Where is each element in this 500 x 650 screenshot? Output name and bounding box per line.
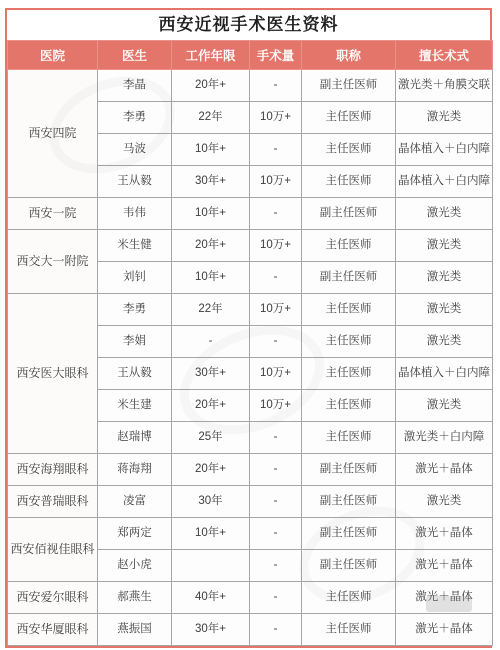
rank-cell: 副主任医师 bbox=[302, 454, 396, 486]
rank-cell: 副主任医师 bbox=[302, 550, 396, 582]
years-cell: 30年+ bbox=[172, 166, 250, 198]
specialty-cell: 激光＋晶体 bbox=[396, 550, 493, 582]
years-cell: 40年+ bbox=[172, 582, 250, 614]
specialty-cell: 激光＋晶体 bbox=[396, 582, 493, 614]
specialty-cell: 晶体植入＋白内障 bbox=[396, 166, 493, 198]
years-cell bbox=[172, 550, 250, 582]
years-cell: 20年+ bbox=[172, 454, 250, 486]
specialty-cell: 激光类 bbox=[396, 198, 493, 230]
years-cell: 30年+ bbox=[172, 614, 250, 646]
doctor-cell: 米生建 bbox=[98, 390, 172, 422]
rank-cell: 副主任医师 bbox=[302, 518, 396, 550]
col-header-doctor: 医生 bbox=[98, 41, 172, 70]
hospital-cell: 西安一院 bbox=[8, 198, 98, 230]
hospital-cell: 西安四院 bbox=[8, 70, 98, 198]
years-cell: 22年 bbox=[172, 102, 250, 134]
doctor-cell: 韦伟 bbox=[98, 198, 172, 230]
rank-cell: 副主任医师 bbox=[302, 262, 396, 294]
rank-cell: 主任医师 bbox=[302, 166, 396, 198]
table-row: 西安医大眼科李勇22年10万+主任医师激光类 bbox=[8, 294, 493, 326]
volume-cell: - bbox=[250, 518, 302, 550]
years-cell: 30年+ bbox=[172, 358, 250, 390]
doctor-cell: 刘钊 bbox=[98, 262, 172, 294]
doctor-cell: 米生健 bbox=[98, 230, 172, 262]
years-cell: 30年 bbox=[172, 486, 250, 518]
hospital-cell: 西安佰视佳眼科 bbox=[8, 518, 98, 582]
doctor-cell: 郝燕生 bbox=[98, 582, 172, 614]
table-row: 西安华厦眼科燕振国30年+-主任医师激光＋晶体 bbox=[8, 614, 493, 646]
doctor-cell: 王从毅 bbox=[98, 358, 172, 390]
doctor-cell: 李勇 bbox=[98, 294, 172, 326]
doctor-cell: 王从毅 bbox=[98, 166, 172, 198]
doctor-cell: 马波 bbox=[98, 134, 172, 166]
hospital-cell: 西安医大眼科 bbox=[8, 294, 98, 454]
rank-cell: 主任医师 bbox=[302, 358, 396, 390]
doctor-table-body: 西安四院李晶20年+-副主任医师激光类＋角膜交联李勇22年10万+主任医师激光类… bbox=[8, 70, 493, 646]
table-row: 西安爱尔眼科郝燕生40年+-主任医师激光＋晶体 bbox=[8, 582, 493, 614]
rank-cell: 副主任医师 bbox=[302, 198, 396, 230]
table-row: 西安普瑞眼科凌富30年-副主任医师激光类 bbox=[8, 486, 493, 518]
doctor-cell: 李娟 bbox=[98, 326, 172, 358]
rank-cell: 主任医师 bbox=[302, 294, 396, 326]
doctor-cell: 李勇 bbox=[98, 102, 172, 134]
specialty-cell: 激光类 bbox=[396, 102, 493, 134]
years-cell: 25年 bbox=[172, 422, 250, 454]
specialty-cell: 激光＋晶体 bbox=[396, 614, 493, 646]
volume-cell: 10万+ bbox=[250, 230, 302, 262]
volume-cell: - bbox=[250, 198, 302, 230]
specialty-cell: 激光类 bbox=[396, 262, 493, 294]
volume-cell: - bbox=[250, 70, 302, 102]
volume-cell: 10万+ bbox=[250, 102, 302, 134]
volume-cell: - bbox=[250, 550, 302, 582]
specialty-cell: 激光类 bbox=[396, 230, 493, 262]
specialty-cell: 激光＋晶体 bbox=[396, 518, 493, 550]
table-row: 西交大一附院米生健20年+10万+主任医师激光类 bbox=[8, 230, 493, 262]
rank-cell: 主任医师 bbox=[302, 102, 396, 134]
doctor-table: 医院 医生 工作年限 手术量 职称 擅长术式 西安四院李晶20年+-副主任医师激… bbox=[7, 40, 493, 646]
volume-cell: - bbox=[250, 422, 302, 454]
doctor-table-card: 西安近视手术医生资料 医院 医生 工作年限 手术量 职称 擅长术式 西安四院李晶… bbox=[5, 8, 492, 648]
specialty-cell: 激光类 bbox=[396, 486, 493, 518]
specialty-cell: 激光类 bbox=[396, 326, 493, 358]
volume-cell: - bbox=[250, 614, 302, 646]
volume-cell: - bbox=[250, 454, 302, 486]
years-cell: 10年+ bbox=[172, 198, 250, 230]
years-cell: - bbox=[172, 326, 250, 358]
volume-cell: - bbox=[250, 326, 302, 358]
hospital-cell: 西交大一附院 bbox=[8, 230, 98, 294]
doctor-cell: 凌富 bbox=[98, 486, 172, 518]
volume-cell: - bbox=[250, 582, 302, 614]
hospital-cell: 西安海翔眼科 bbox=[8, 454, 98, 486]
col-header-hospital: 医院 bbox=[8, 41, 98, 70]
rank-cell: 主任医师 bbox=[302, 134, 396, 166]
volume-cell: - bbox=[250, 486, 302, 518]
rank-cell: 主任医师 bbox=[302, 230, 396, 262]
specialty-cell: 激光类 bbox=[396, 294, 493, 326]
table-row: 西安一院韦伟10年+-副主任医师激光类 bbox=[8, 198, 493, 230]
years-cell: 10年+ bbox=[172, 134, 250, 166]
hospital-cell: 西安华厦眼科 bbox=[8, 614, 98, 646]
specialty-cell: 晶体植入＋白内障 bbox=[396, 134, 493, 166]
specialty-cell: 激光类＋白内障 bbox=[396, 422, 493, 454]
doctor-cell: 蒋海翔 bbox=[98, 454, 172, 486]
col-header-years: 工作年限 bbox=[172, 41, 250, 70]
specialty-cell: 晶体植入＋白内障 bbox=[396, 358, 493, 390]
rank-cell: 主任医师 bbox=[302, 390, 396, 422]
years-cell: 20年+ bbox=[172, 390, 250, 422]
volume-cell: 10万+ bbox=[250, 166, 302, 198]
hospital-cell: 西安普瑞眼科 bbox=[8, 486, 98, 518]
rank-cell: 副主任医师 bbox=[302, 486, 396, 518]
table-row: 西安四院李晶20年+-副主任医师激光类＋角膜交联 bbox=[8, 70, 493, 102]
doctor-cell: 赵小虎 bbox=[98, 550, 172, 582]
doctor-cell: 郑两定 bbox=[98, 518, 172, 550]
specialty-cell: 激光＋晶体 bbox=[396, 454, 493, 486]
rank-cell: 主任医师 bbox=[302, 326, 396, 358]
years-cell: 22年 bbox=[172, 294, 250, 326]
years-cell: 10年+ bbox=[172, 518, 250, 550]
volume-cell: 10万+ bbox=[250, 294, 302, 326]
volume-cell: - bbox=[250, 134, 302, 166]
page-title: 西安近视手术医生资料 bbox=[7, 10, 490, 40]
years-cell: 10年+ bbox=[172, 262, 250, 294]
col-header-rank: 职称 bbox=[302, 41, 396, 70]
col-header-volume: 手术量 bbox=[250, 41, 302, 70]
hospital-cell: 西安爱尔眼科 bbox=[8, 582, 98, 614]
header-row: 医院 医生 工作年限 手术量 职称 擅长术式 bbox=[8, 41, 493, 70]
table-row: 西安佰视佳眼科郑两定10年+-副主任医师激光＋晶体 bbox=[8, 518, 493, 550]
doctor-cell: 燕振国 bbox=[98, 614, 172, 646]
rank-cell: 主任医师 bbox=[302, 614, 396, 646]
rank-cell: 副主任医师 bbox=[302, 70, 396, 102]
col-header-specialty: 擅长术式 bbox=[396, 41, 493, 70]
doctor-cell: 李晶 bbox=[98, 70, 172, 102]
volume-cell: 10万+ bbox=[250, 390, 302, 422]
doctor-cell: 赵瑞博 bbox=[98, 422, 172, 454]
years-cell: 20年+ bbox=[172, 230, 250, 262]
volume-cell: - bbox=[250, 262, 302, 294]
specialty-cell: 激光类 bbox=[396, 390, 493, 422]
years-cell: 20年+ bbox=[172, 70, 250, 102]
volume-cell: 10万+ bbox=[250, 358, 302, 390]
specialty-cell: 激光类＋角膜交联 bbox=[396, 70, 493, 102]
table-row: 西安海翔眼科蒋海翔20年+-副主任医师激光＋晶体 bbox=[8, 454, 493, 486]
rank-cell: 主任医师 bbox=[302, 422, 396, 454]
rank-cell: 主任医师 bbox=[302, 582, 396, 614]
